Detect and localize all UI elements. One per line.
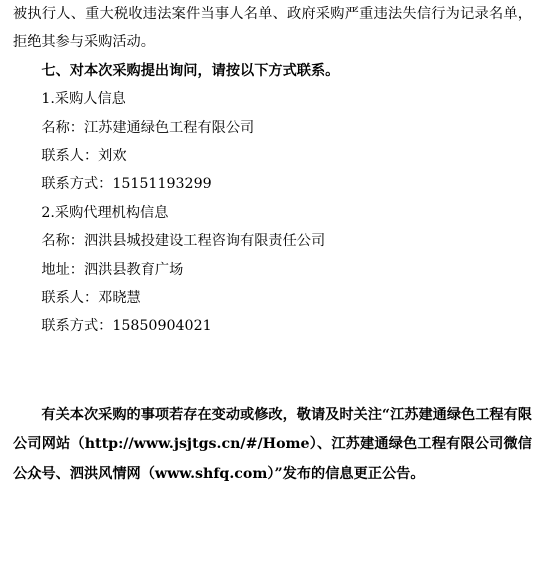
update-notice-paragraph: 有关本次采购的事项若存在变动或修改，敬请及时关注“江苏建通绿色工程有限公司网站（…	[13, 401, 532, 490]
agency-contact-person: 联系人：邓晓慧	[13, 284, 532, 312]
purchaser-info-title: 1.采购人信息	[13, 85, 532, 113]
agency-contact-phone: 联系方式：15850904021	[13, 312, 532, 340]
purchaser-name: 名称：江苏建通绿色工程有限公司	[13, 114, 532, 142]
procurement-notice-document: 被执行人、重大税收违法案件当事人名单、政府采购严重违法失信行为记录名单，拒绝其参…	[0, 0, 548, 569]
purchaser-info-block: 1.采购人信息 名称：江苏建通绿色工程有限公司 联系人：刘欢 联系方式：1515…	[13, 85, 532, 199]
agency-info-block: 2.采购代理机构信息 名称：泗洪县城投建设工程咨询有限责任公司 地址：泗洪县教育…	[13, 199, 532, 341]
contact-section-heading: 七、对本次采购提出询问，请按以下方式联系。	[13, 57, 532, 85]
blacklist-exclusion-paragraph: 被执行人、重大税收违法案件当事人名单、政府采购严重违法失信行为记录名单，拒绝其参…	[13, 0, 532, 57]
agency-info-title: 2.采购代理机构信息	[13, 199, 532, 227]
purchaser-contact-person: 联系人：刘欢	[13, 142, 532, 170]
purchaser-contact-phone: 联系方式：15151193299	[13, 170, 532, 198]
agency-address: 地址：泗洪县教育广场	[13, 256, 532, 284]
blank-spacer	[13, 341, 532, 401]
agency-name: 名称：泗洪县城投建设工程咨询有限责任公司	[13, 227, 532, 255]
